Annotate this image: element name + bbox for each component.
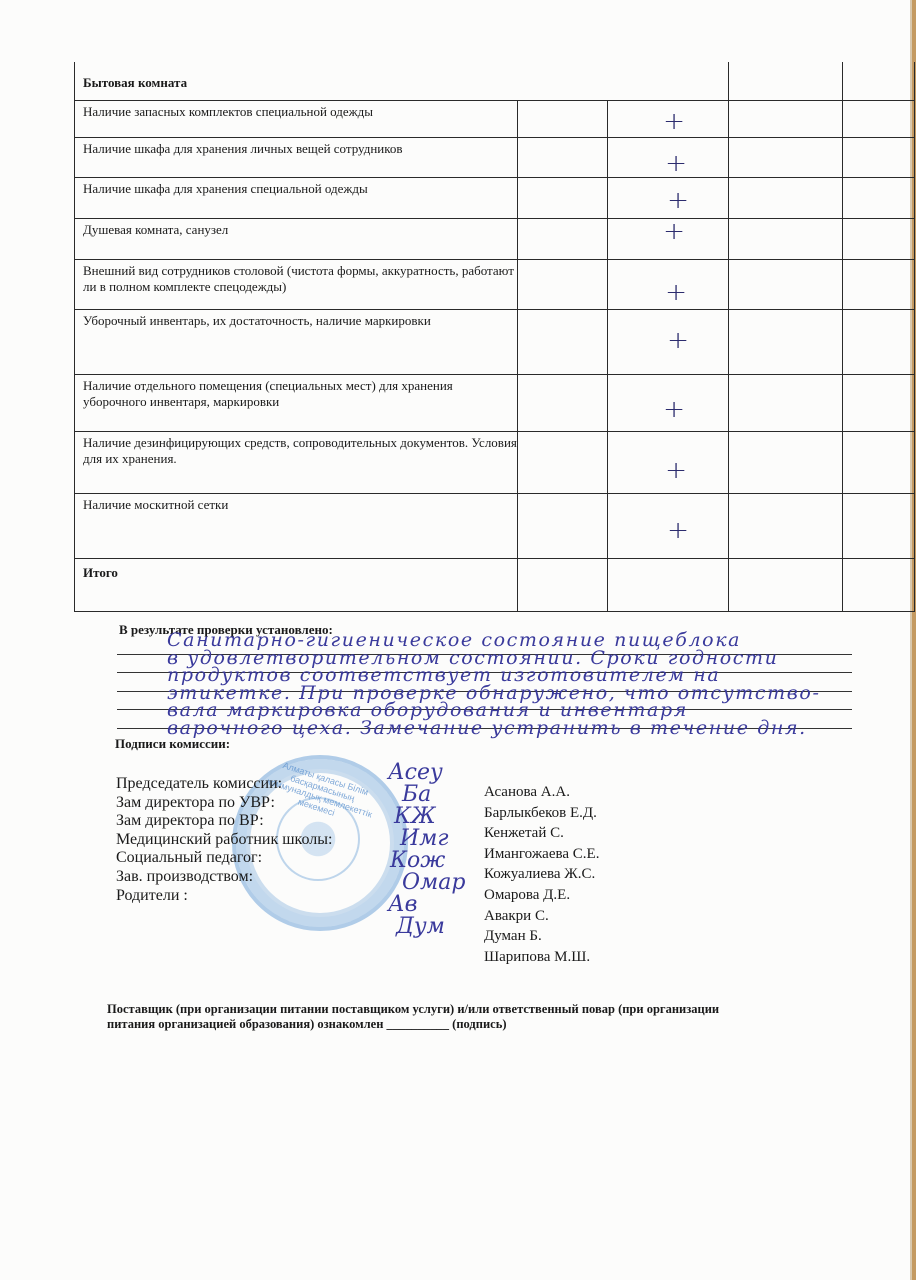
member-name: Шарипова М.Ш. <box>484 947 599 968</box>
handwritten-plus-icon: + <box>665 155 687 171</box>
member-name: Кожуалиева Ж.С. <box>484 864 599 885</box>
empty-cell <box>518 218 608 259</box>
empty-cell <box>518 431 608 493</box>
handwritten-plus-icon: + <box>663 401 685 417</box>
empty-cell <box>843 137 915 177</box>
member-name: Авакри С. <box>484 906 599 927</box>
empty-cell <box>729 431 843 493</box>
empty-cell <box>518 493 608 558</box>
empty-cell <box>843 177 915 218</box>
role-label: Родители : <box>116 887 332 906</box>
compliance-mark-cell: + <box>608 100 729 137</box>
empty-cell <box>518 374 608 431</box>
empty-cell <box>843 493 915 558</box>
handwritten-plus-icon: + <box>665 462 687 478</box>
compliance-mark-cell: + <box>608 177 729 218</box>
role-label: Социальный педагог: <box>116 849 332 868</box>
role-label: Зам директора по УВР: <box>116 794 332 813</box>
empty-cell <box>729 100 843 137</box>
empty-cell <box>729 177 843 218</box>
handwritten-plus-icon: + <box>667 332 689 348</box>
criterion-label: Наличие дезинфицирующих средств, сопрово… <box>75 431 518 493</box>
checklist-row: Наличие отдельного помещения (специальны… <box>75 374 915 431</box>
commission-names: Асанова А.А. Барлыкбеков Е.Д. Кенжетай С… <box>484 782 599 967</box>
member-name: Думан Б. <box>484 926 599 947</box>
section-header-row: Бытовая комната <box>75 62 915 100</box>
empty-cell <box>729 137 843 177</box>
checklist-table: Бытовая комната Наличие запасных комплек… <box>74 62 915 612</box>
role-label: Зав. производством: <box>116 868 332 887</box>
criterion-label: Наличие шкафа для хранения специальной о… <box>75 177 518 218</box>
criterion-label: Внешний вид сотрудников столовой (чистот… <box>75 259 518 309</box>
empty-cell <box>729 493 843 558</box>
checklist-row: Душевая комната, санузел+ <box>75 218 915 259</box>
criterion-label: Душевая комната, санузел <box>75 218 518 259</box>
criterion-label: Уборочный инвентарь, их достаточность, н… <box>75 309 518 374</box>
empty-cell <box>843 62 915 100</box>
signature: КЖ <box>380 806 480 828</box>
checklist-row: Наличие дезинфицирующих средств, сопрово… <box>75 431 915 493</box>
signature: Омар <box>380 872 480 894</box>
handwritten-plus-icon: + <box>663 113 685 129</box>
empty-cell <box>843 374 915 431</box>
compliance-mark-cell: + <box>608 259 729 309</box>
total-row: Итого <box>75 558 915 611</box>
empty-cell <box>729 558 843 611</box>
empty-cell <box>729 374 843 431</box>
handwritten-signatures: Асеу Ба КЖ Имг Кож Омар Ав Дум <box>380 762 480 938</box>
compliance-mark-cell: + <box>608 309 729 374</box>
total-label: Итого <box>75 558 518 611</box>
criterion-label: Наличие москитной сетки <box>75 493 518 558</box>
compliance-mark-cell: + <box>608 493 729 558</box>
member-name: Асанова А.А. <box>484 782 599 803</box>
handwritten-line: варочного цеха. Замечание устранить в те… <box>117 720 907 738</box>
member-name: Барлыкбеков Е.Д. <box>484 803 599 824</box>
empty-cell <box>518 177 608 218</box>
checklist-row: Внешний вид сотрудников столовой (чистот… <box>75 259 915 309</box>
signature: Ав <box>380 894 480 916</box>
checklist-row: Наличие запасных комплектов специальной … <box>75 100 915 137</box>
criterion-label: Наличие отдельного помещения (специальны… <box>75 374 518 431</box>
footer-line: питания организацией образования) ознако… <box>107 1017 827 1032</box>
empty-cell <box>518 100 608 137</box>
criterion-label: Наличие шкафа для хранения личных вещей … <box>75 137 518 177</box>
empty-cell <box>518 137 608 177</box>
signature: Имг <box>380 828 480 850</box>
empty-cell <box>518 558 608 611</box>
empty-cell <box>843 309 915 374</box>
empty-cell <box>518 309 608 374</box>
empty-cell <box>843 558 915 611</box>
empty-cell <box>518 259 608 309</box>
compliance-mark-cell: + <box>608 431 729 493</box>
document-page: Бытовая комната Наличие запасных комплек… <box>0 0 912 1280</box>
member-name: Имангожаева С.Е. <box>484 844 599 865</box>
empty-cell <box>729 218 843 259</box>
checklist-row: Наличие шкафа для хранения личных вещей … <box>75 137 915 177</box>
compliance-mark-cell: + <box>608 137 729 177</box>
empty-cell <box>843 218 915 259</box>
commission-roles: Председатель комиссии: Зам директора по … <box>116 775 332 905</box>
handwritten-plus-icon: + <box>667 192 689 208</box>
handwritten-plus-icon: + <box>665 284 687 300</box>
empty-cell <box>843 431 915 493</box>
compliance-mark-cell: + <box>608 374 729 431</box>
member-name: Омарова Д.Е. <box>484 885 599 906</box>
empty-cell <box>729 62 843 100</box>
empty-cell <box>608 558 729 611</box>
handwritten-plus-icon: + <box>667 522 689 538</box>
section-title: Бытовая комната <box>75 62 729 100</box>
signature: Кож <box>380 850 480 872</box>
handwritten-plus-icon: + <box>663 223 685 239</box>
signatures-heading: Подписи комиссии: <box>115 736 230 752</box>
checklist-row: Наличие москитной сетки+ <box>75 493 915 558</box>
role-label: Председатель комиссии: <box>116 775 332 794</box>
empty-cell <box>729 309 843 374</box>
signature: Ба <box>380 784 480 806</box>
compliance-mark-cell: + <box>608 218 729 259</box>
empty-cell <box>729 259 843 309</box>
empty-cell <box>843 100 915 137</box>
empty-cell <box>843 259 915 309</box>
footer-line: Поставщик (при организации питании поста… <box>107 1002 827 1017</box>
handwritten-conclusion: Санитарно-гигиеническое состояние пищебл… <box>117 632 907 737</box>
role-label: Зам директора по ВР: <box>116 812 332 831</box>
role-label: Медицинский работник школы: <box>116 831 332 850</box>
signature: Дум <box>380 916 480 938</box>
member-name: Кенжетай С. <box>484 823 599 844</box>
supplier-acknowledgement: Поставщик (при организации питании поста… <box>107 1002 827 1032</box>
checklist-row: Наличие шкафа для хранения специальной о… <box>75 177 915 218</box>
checklist-row: Уборочный инвентарь, их достаточность, н… <box>75 309 915 374</box>
signature: Асеу <box>380 762 480 784</box>
criterion-label: Наличие запасных комплектов специальной … <box>75 100 518 137</box>
